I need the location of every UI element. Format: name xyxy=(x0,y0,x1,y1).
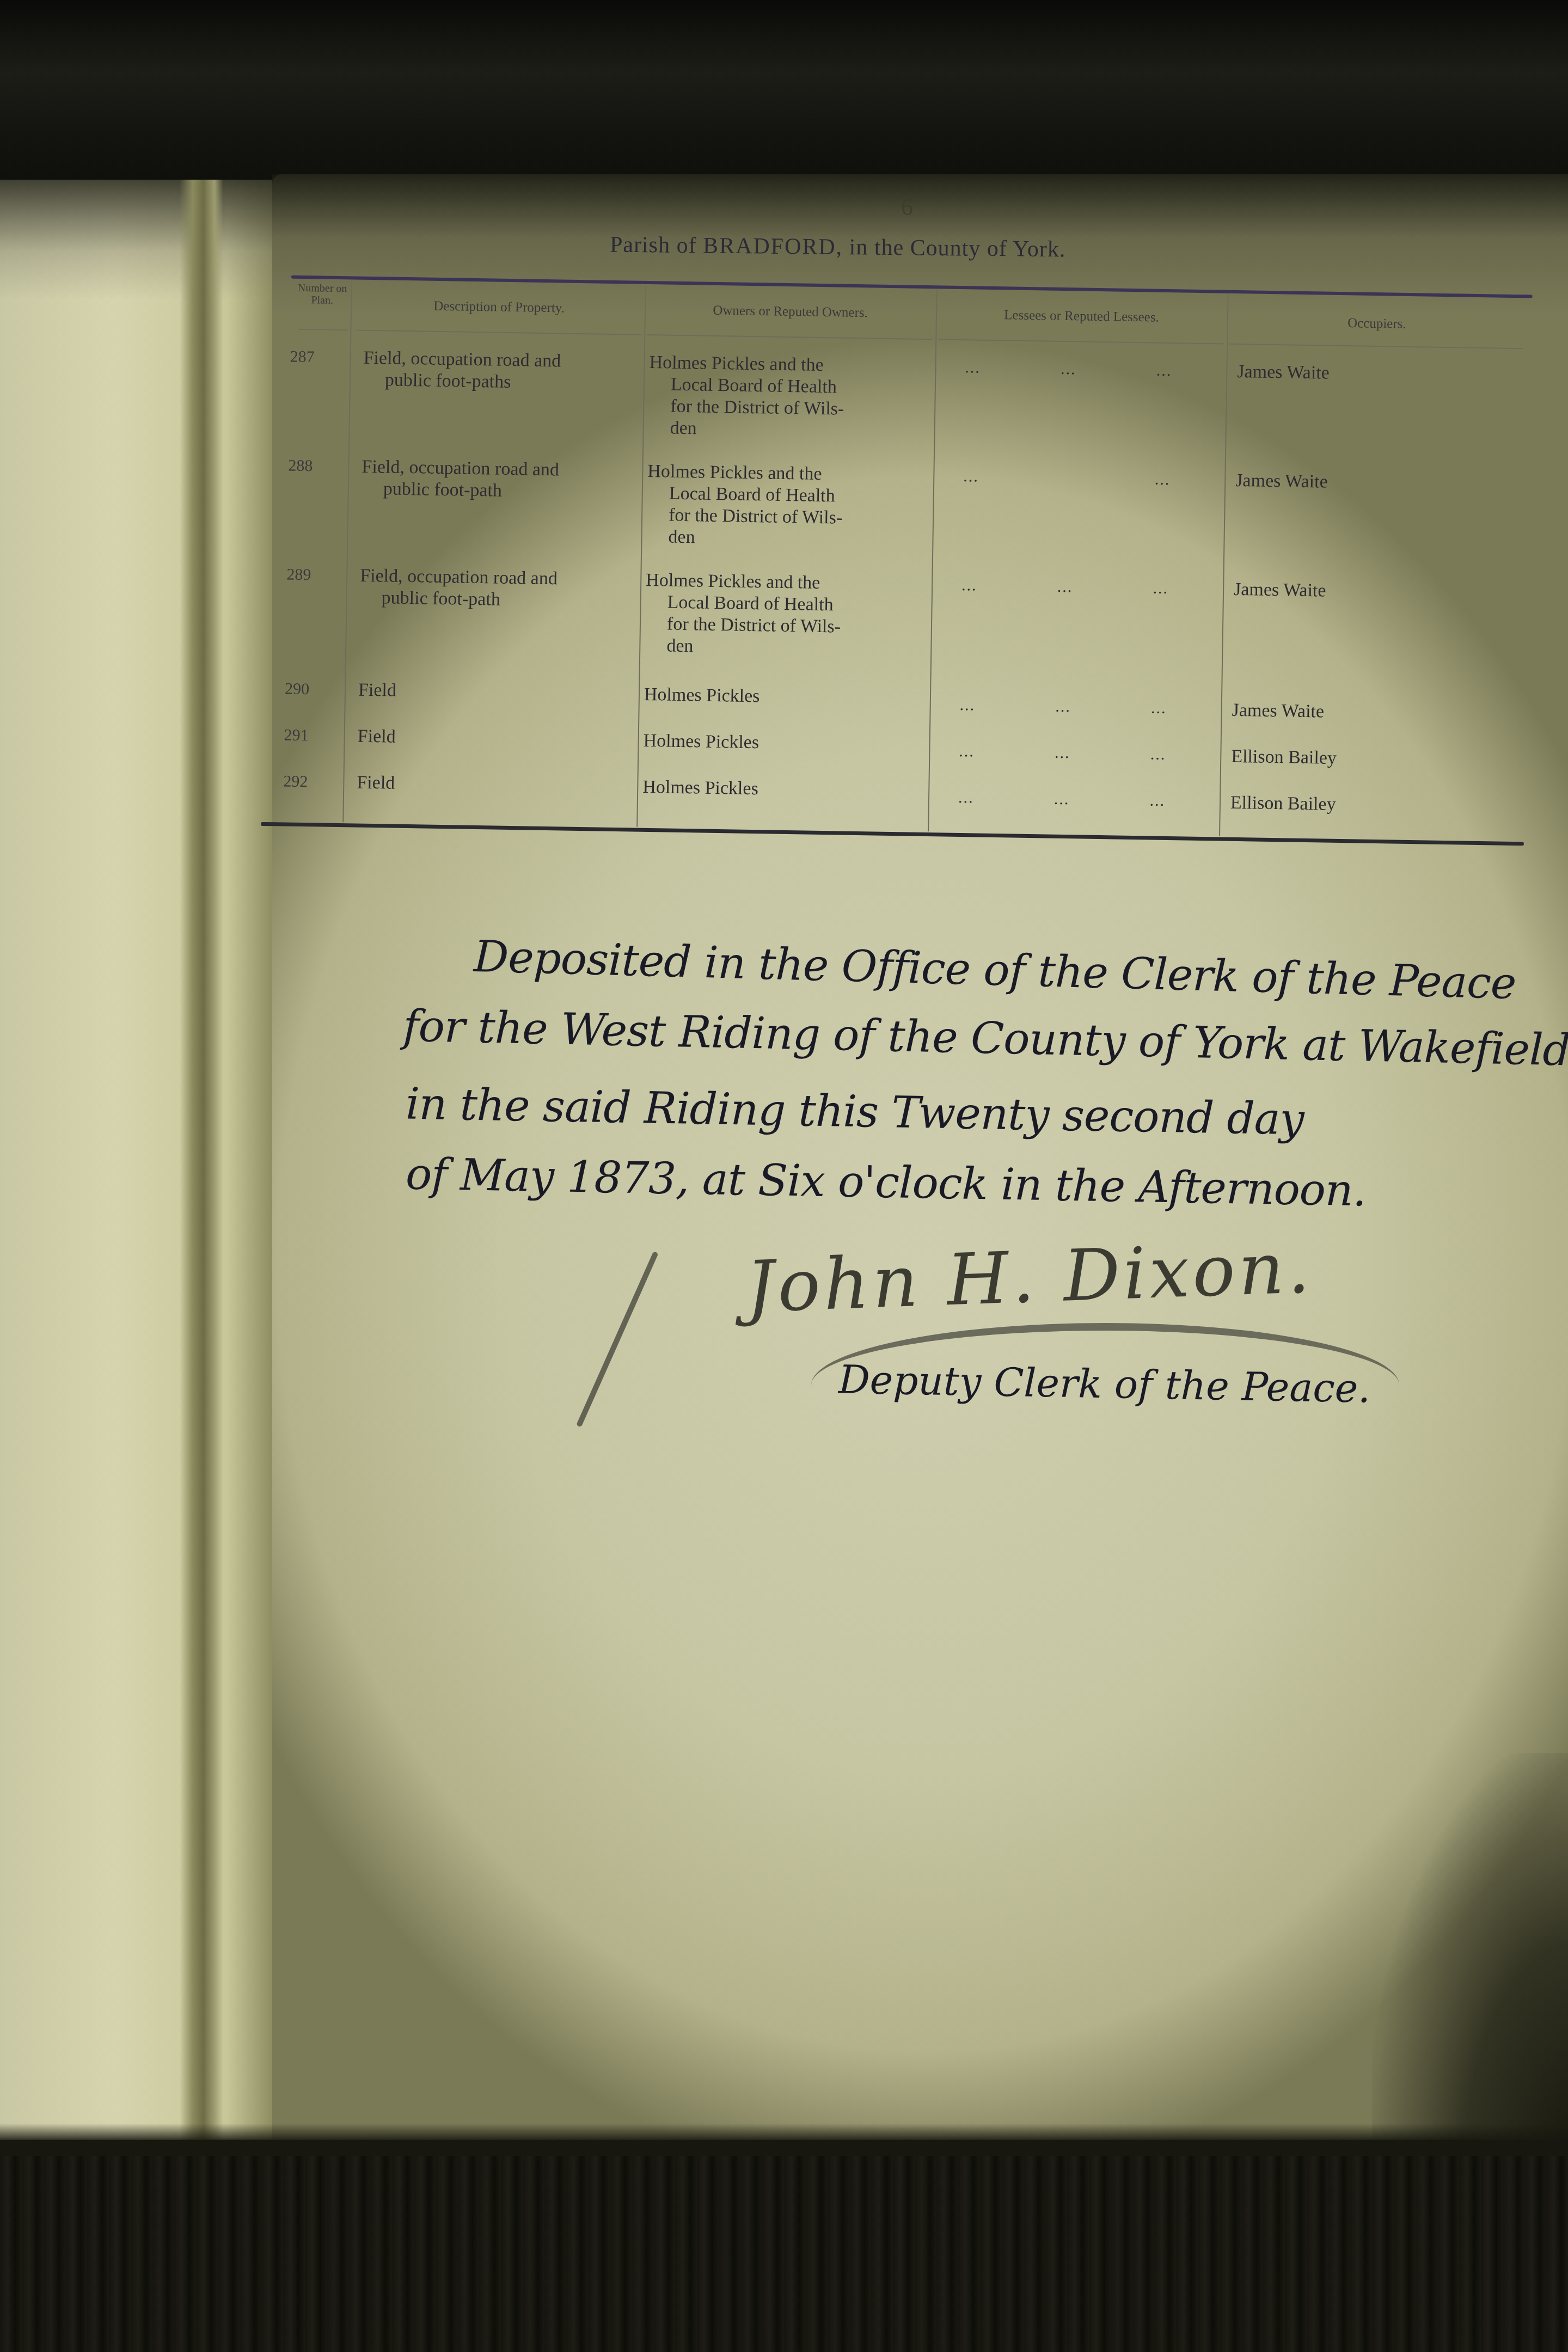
column-divider xyxy=(928,290,938,831)
header-owners: Owners or Reputed Owners. xyxy=(647,303,933,321)
owner-line: Holmes Pickles and the xyxy=(646,570,820,593)
owner: Holmes Pickles xyxy=(644,684,922,710)
page-number: 6 xyxy=(901,193,913,221)
ditto-mark: ... xyxy=(1153,578,1168,599)
owner-line: Holmes Pickles and the xyxy=(649,352,824,375)
header-rule xyxy=(1229,344,1523,349)
book-cover-top xyxy=(0,0,1568,180)
title-suffix: in the County of York. xyxy=(849,235,1065,262)
book-gutter xyxy=(180,180,223,2140)
ditto-mark: ... xyxy=(959,694,975,716)
description-line: public foot-path xyxy=(359,587,643,613)
header-rule xyxy=(647,334,933,340)
property-description: Field xyxy=(358,679,642,706)
header-rule xyxy=(938,339,1224,344)
column-divider xyxy=(342,280,352,822)
plan-number: 287 xyxy=(290,346,339,369)
ditto-mark: ... xyxy=(1150,744,1166,765)
ditto-mark: ... xyxy=(961,574,977,596)
property-description: Field, occupation road and public foot-p… xyxy=(363,347,647,395)
ditto-mark: ... xyxy=(1061,358,1076,380)
owner-line: Holmes Pickles and the xyxy=(647,461,822,484)
plan-number: 288 xyxy=(288,455,338,477)
owner: Holmes Pickles xyxy=(642,776,921,803)
ditto-mark: ... xyxy=(958,787,974,808)
table-row: 287 Field, occupation road and public fo… xyxy=(268,346,1532,365)
ditto-mark xyxy=(1067,467,1067,489)
ditto-mark: ... xyxy=(965,357,981,378)
parish-name: BRADFORD, xyxy=(703,233,843,260)
page-title: Parish of BRADFORD, in the County of Yor… xyxy=(610,232,1066,263)
property-description: Field xyxy=(357,772,640,798)
plan-number: 290 xyxy=(285,678,334,701)
occupier: James Waite xyxy=(1237,361,1510,387)
ditto-mark: ... xyxy=(963,465,979,487)
lessee: ... ... ... xyxy=(940,574,1191,599)
table-row: 289 Field, occupation road and public fo… xyxy=(265,563,1528,583)
ditto-mark: ... xyxy=(1154,469,1170,491)
book-cover-bottom xyxy=(0,2140,1568,2352)
lessee: ... ... xyxy=(941,465,1192,491)
owner: Holmes Pickles xyxy=(643,730,921,756)
signatory-title: Deputy Clerk of the Peace. xyxy=(838,1356,1371,1411)
description-line: Field, occupation road and xyxy=(360,566,558,589)
owner: Holmes Pickles and the Local Board of He… xyxy=(645,569,923,661)
description-line: public foot-paths xyxy=(363,369,647,395)
occupier: Ellison Bailey xyxy=(1231,746,1504,772)
lessee: ... ... ... xyxy=(936,786,1187,812)
owner-line: den xyxy=(648,417,926,443)
title-prefix: Parish of xyxy=(610,232,697,259)
lessee: ... ... ... xyxy=(937,740,1188,765)
table-row: 292 Field Holmes Pickles ... ... ... Ell… xyxy=(262,770,1525,790)
left-page xyxy=(0,180,283,2151)
occupier: James Waite xyxy=(1234,579,1506,605)
header-rule xyxy=(356,330,641,335)
owner: Holmes Pickles and the Local Board of He… xyxy=(648,352,927,443)
owner: Holmes Pickles and the Local Board of He… xyxy=(646,461,925,552)
ditto-mark: ... xyxy=(1053,788,1069,810)
table-row: 291 Field Holmes Pickles ... ... ... Ell… xyxy=(262,724,1526,744)
table-row: 290 Field Holmes Pickles ... ... ... Jam… xyxy=(263,678,1526,697)
header-description: Description of Property. xyxy=(356,298,642,317)
header-occupiers: Occupiers. xyxy=(1230,315,1524,333)
ditto-mark: ... xyxy=(1055,742,1070,764)
description-line: Field, occupation road and xyxy=(363,348,561,371)
description-line: public foot-path xyxy=(362,478,645,504)
occupier: Ellison Bailey xyxy=(1230,792,1503,818)
table-bottom-rule xyxy=(261,822,1524,846)
header-number-on-plan: Number on Plan. xyxy=(296,282,348,307)
property-description: Field xyxy=(357,726,641,752)
owner-line: den xyxy=(645,635,923,661)
description-line: Field, occupation road and xyxy=(362,457,559,480)
header-lessees: Lessees or Reputed Lessees. xyxy=(939,307,1224,326)
plan-number: 291 xyxy=(284,725,333,747)
column-divider xyxy=(1219,295,1229,836)
property-description: Field, occupation road and public foot-p… xyxy=(362,456,645,504)
ditto-mark: ... xyxy=(1151,697,1167,719)
ditto-mark: ... xyxy=(959,740,975,762)
occupier: James Waite xyxy=(1235,470,1508,496)
plan-number: 289 xyxy=(286,564,336,586)
book-of-reference-table: Number on Plan. Description of Property.… xyxy=(261,275,1527,866)
table-row: 288 Field, occupation road and public fo… xyxy=(267,455,1530,474)
occupier: James Waite xyxy=(1232,700,1504,726)
ditto-mark: ... xyxy=(1149,790,1165,812)
property-description: Field, occupation road and public foot-p… xyxy=(359,565,643,613)
ditto-mark: ... xyxy=(1055,696,1071,718)
ditto-mark: ... xyxy=(1156,360,1172,382)
owner-line: den xyxy=(646,526,924,552)
lessee: ... ... ... xyxy=(943,356,1194,382)
plan-number: 292 xyxy=(283,771,333,793)
lessee: ... ... ... xyxy=(938,694,1189,719)
header-rule xyxy=(298,329,347,330)
ditto-mark: ... xyxy=(1057,576,1073,598)
